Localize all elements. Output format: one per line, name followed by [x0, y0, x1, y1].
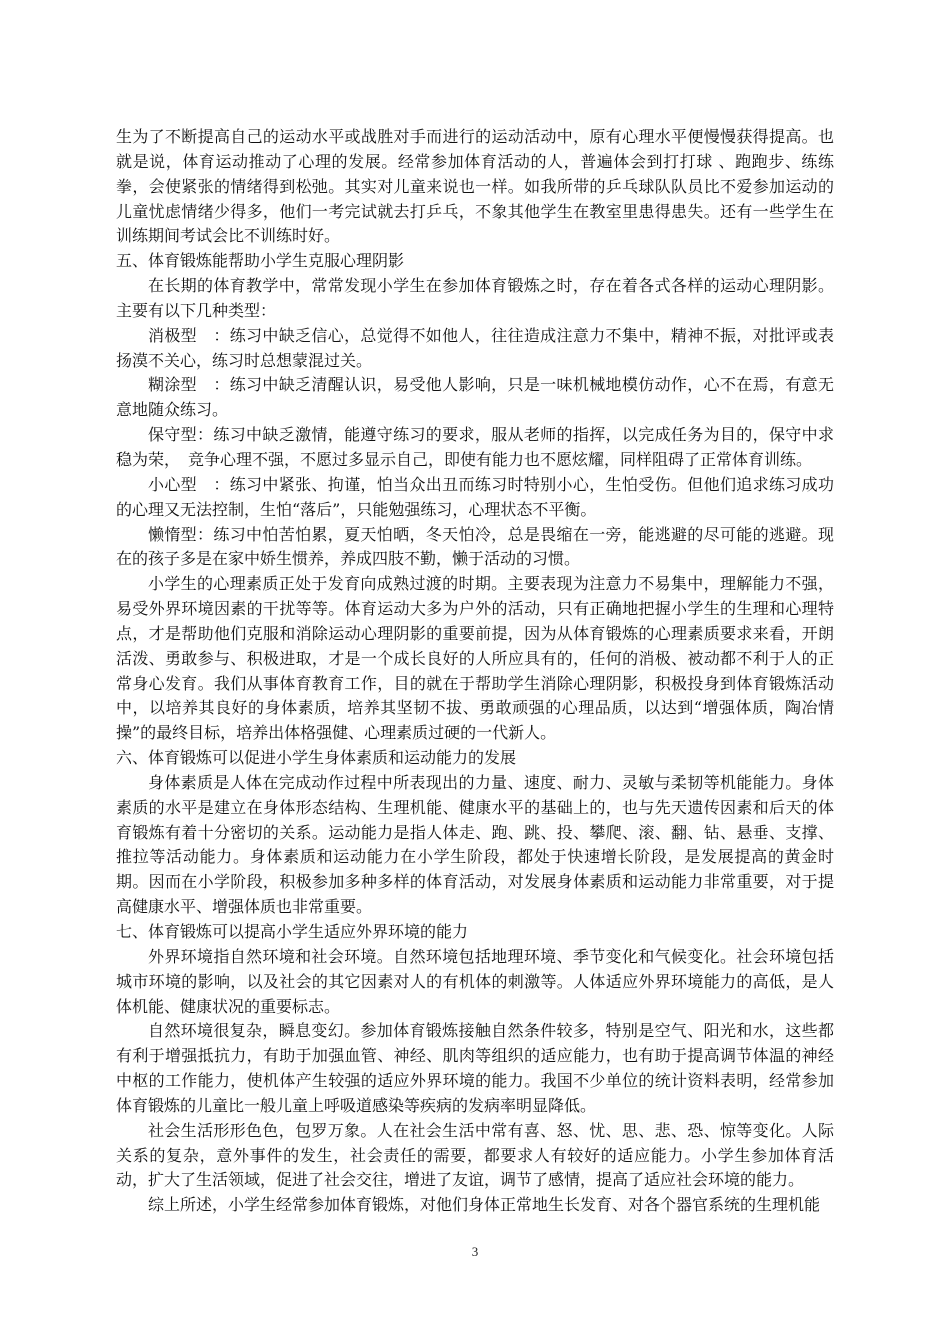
document-page: 生为了不断提高自己的运动水平或战胜对手而进行的运动活动中，原有心理水平便慢慢获得…: [116, 125, 834, 1218]
section-heading-7: 七、体育锻炼可以提高小学生适应外界环境的能力: [116, 920, 834, 945]
paragraph-type-passive: 消极型 ：练习中缺乏信心，总觉得不如他人，往往造成注意力不集中，精神不振，对批评…: [116, 324, 834, 374]
paragraph-type-conservative: 保守型：练习中缺乏激情，能遵守练习的要求，服从老师的指挥，以完成任务为目的，保守…: [116, 423, 834, 473]
paragraph: 小学生的心理素质正处于发育向成熟过渡的时期。主要表现为注意力不易集中，理解能力不…: [116, 572, 834, 746]
paragraph-continues: 综上所述，小学生经常参加体育锻炼，对他们身体正常地生长发育、对各个器官系统的生理…: [116, 1193, 834, 1218]
paragraph: 身体素质是人体在完成动作过程中所表现出的力量、速度、耐力、灵敏与柔韧等机能能力。…: [116, 771, 834, 920]
paragraph: 自然环境很复杂，瞬息变幻。参加体育锻炼接触自然条件较多，特别是空气、阳光和水，这…: [116, 1019, 834, 1118]
paragraph-type-cautious: 小心型 ：练习中紧张、拘谨，怕当众出丑而练习时特别小心，生怕受伤。但他们追求练习…: [116, 473, 834, 523]
section-heading-5: 五、体育锻炼能帮助小学生克服心理阴影: [116, 249, 834, 274]
paragraph: 在长期的体育教学中，常常发现小学生在参加体育锻炼之时，存在着各式各样的运动心理阴…: [116, 274, 834, 324]
paragraph-type-confused: 糊涂型 ：练习中缺乏清醒认识，易受他人影响，只是一味机械地模仿动作，心不在焉，有…: [116, 373, 834, 423]
paragraph-continued: 生为了不断提高自己的运动水平或战胜对手而进行的运动活动中，原有心理水平便慢慢获得…: [116, 125, 834, 249]
paragraph-type-lazy: 懒惰型：练习中怕苦怕累，夏天怕晒，冬天怕冷，总是畏缩在一旁，能逃避的尽可能的逃避…: [116, 523, 834, 573]
page-number: 3: [0, 1244, 950, 1260]
paragraph: 外界环境指自然环境和社会环境。自然环境包括地理环境、季节变化和气候变化。社会环境…: [116, 945, 834, 1020]
paragraph: 社会生活形形色色，包罗万象。人在社会生活中常有喜、怒、忧、思、悲、恐、惊等变化。…: [116, 1119, 834, 1194]
section-heading-6: 六、体育锻炼可以促进小学生身体素质和运动能力的发展: [116, 746, 834, 771]
